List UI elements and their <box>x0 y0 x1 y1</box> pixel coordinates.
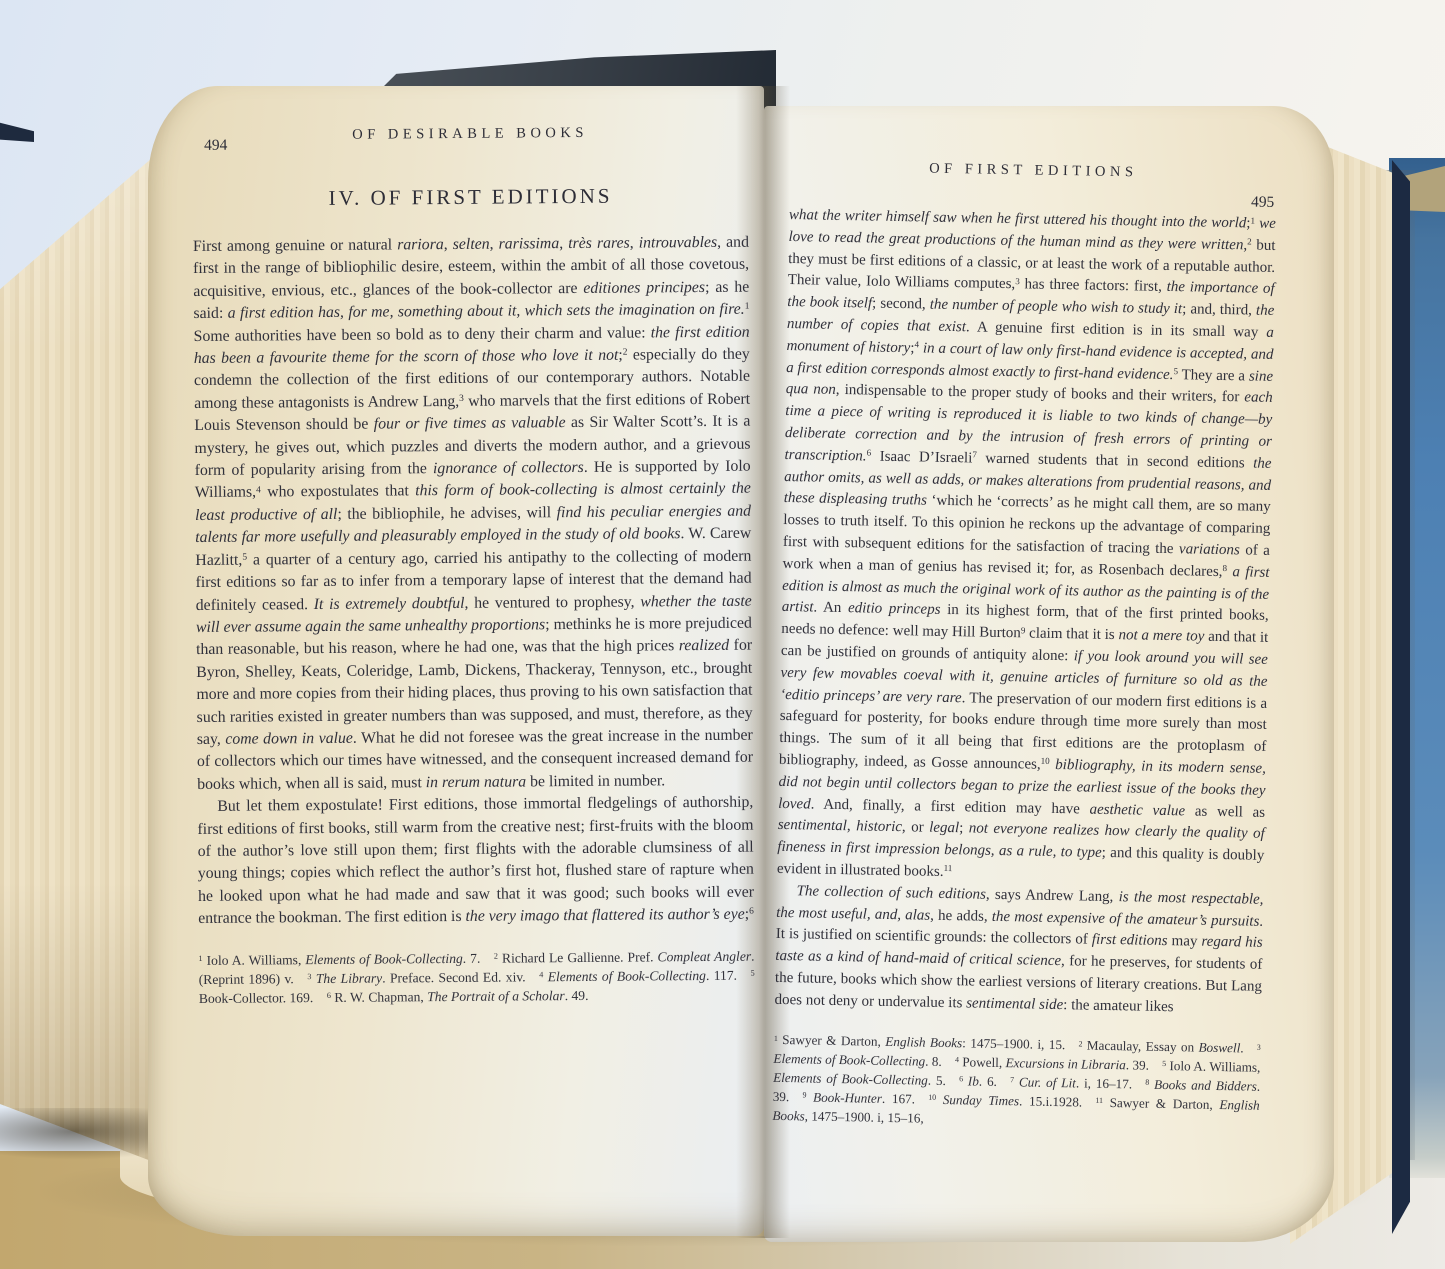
left-page-content: 494 OF DESIRABLE BOOKS IV. OF FIRST EDIT… <box>192 124 755 1023</box>
paragraph: The collection of such editions, says An… <box>774 881 1263 1021</box>
left-page-number: 494 <box>204 137 227 155</box>
right-footnotes: 1 Sawyer & Darton, English Books: 1475–1… <box>772 1031 1261 1134</box>
paragraph: First among genuine or natural rariora, … <box>193 232 753 797</box>
right-page-number: 495 <box>1251 193 1275 211</box>
book-photo: { "colors":{"paper":"#f0e9d6","ink":"#30… <box>0 0 1445 1269</box>
paragraph: But let them expostulate! First editions… <box>197 792 754 931</box>
left-running-header: OF DESIRABLE BOOKS <box>192 124 748 145</box>
paragraph: what the writer himself saw when he firs… <box>777 205 1276 890</box>
book-cover-left-sliver <box>0 118 34 142</box>
right-page-content: OF FIRST EDITIONS 495 what the writer hi… <box>772 158 1277 1147</box>
left-footnotes: 1 Iolo A. Williams, Elements of Book-Col… <box>198 946 754 1009</box>
chapter-heading: IV. OF FIRST EDITIONS <box>192 183 748 212</box>
book-cover-right-edge <box>1392 160 1410 1234</box>
